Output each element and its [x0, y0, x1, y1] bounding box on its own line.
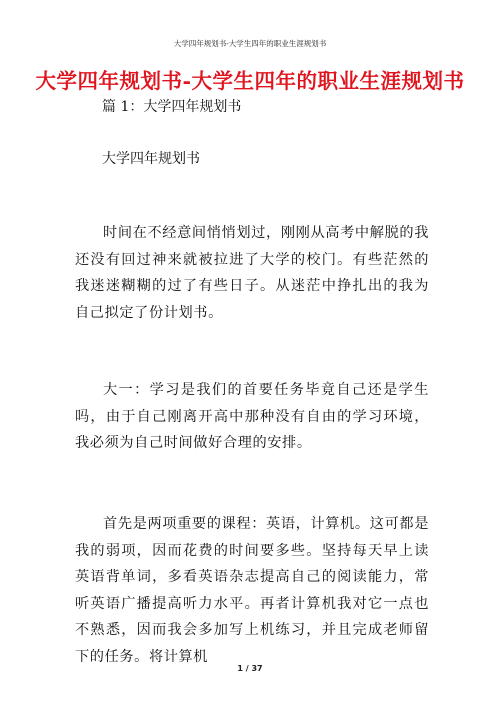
- document-page: 大学四年规划书-大学生四年的职业生涯规划书 大学四年规划书-大学生四年的职业生涯…: [0, 0, 500, 707]
- running-header: 大学四年规划书-大学生四年的职业生涯规划书: [0, 38, 500, 49]
- paragraph-courses: 首先是两项重要的课程：英语，计算机。这可都是我的弱项，因而花费的时间要多些。坚持…: [75, 511, 429, 670]
- paragraph-freshman-year: 大一：学习是我们的首要任务毕竟自己还是学生吗，由于自己刚离开高中那种没有自由的学…: [75, 377, 429, 457]
- section-heading: 大学四年规划书: [102, 148, 200, 168]
- paragraph-intro: 时间在不经意间悄悄划过，刚刚从高考中解脱的我还没有回过神来就被拉进了大学的校门。…: [75, 220, 429, 326]
- page-number: 1 / 37: [0, 664, 500, 673]
- document-title: 大学四年规划书-大学生四年的职业生涯规划书: [0, 64, 500, 94]
- chapter-subtitle: 篇 1：大学四年规划书: [102, 96, 241, 116]
